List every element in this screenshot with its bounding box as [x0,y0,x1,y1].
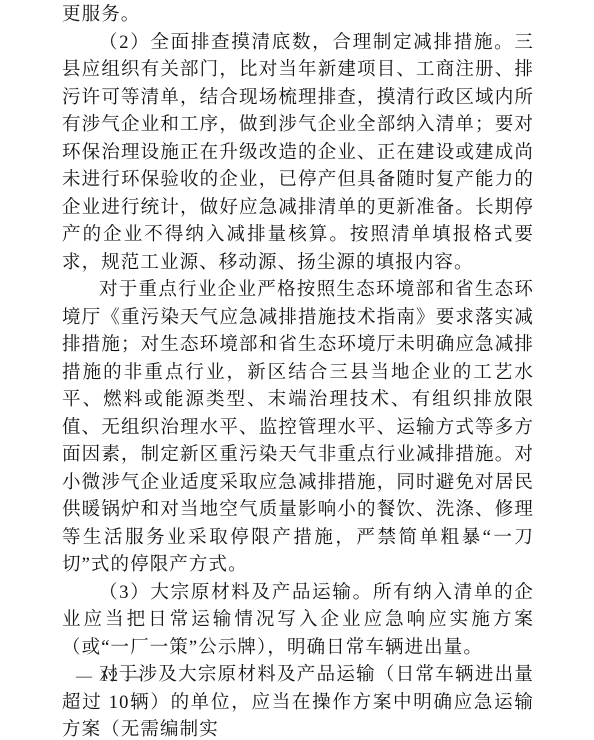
paragraph-key-industries: 对于重点行业企业严格按照生态环境部和省生态环境厅《重污染天气应急减排措施技术指南… [62,277,534,580]
paragraph-continuation: 更服务。 [62,2,534,30]
document-page: 更服务。 （2）全面排查摸清底数，合理制定减排措施。三县应组织有关部门，比对当年… [0,0,594,740]
page-body-text: 更服务。 （2）全面排查摸清底数，合理制定减排措施。三县应组织有关部门，比对当年… [62,2,534,740]
paragraph-item-2: （2）全面排查摸清底数，合理制定减排措施。三县应组织有关部门，比对当年新建项目、… [62,30,534,278]
page-number: — 12 — [76,668,144,686]
paragraph-item-3: （3）大宗原材料及产品运输。所有纳入清单的企业应当把日常运输情况写入企业应急响应… [62,580,534,663]
